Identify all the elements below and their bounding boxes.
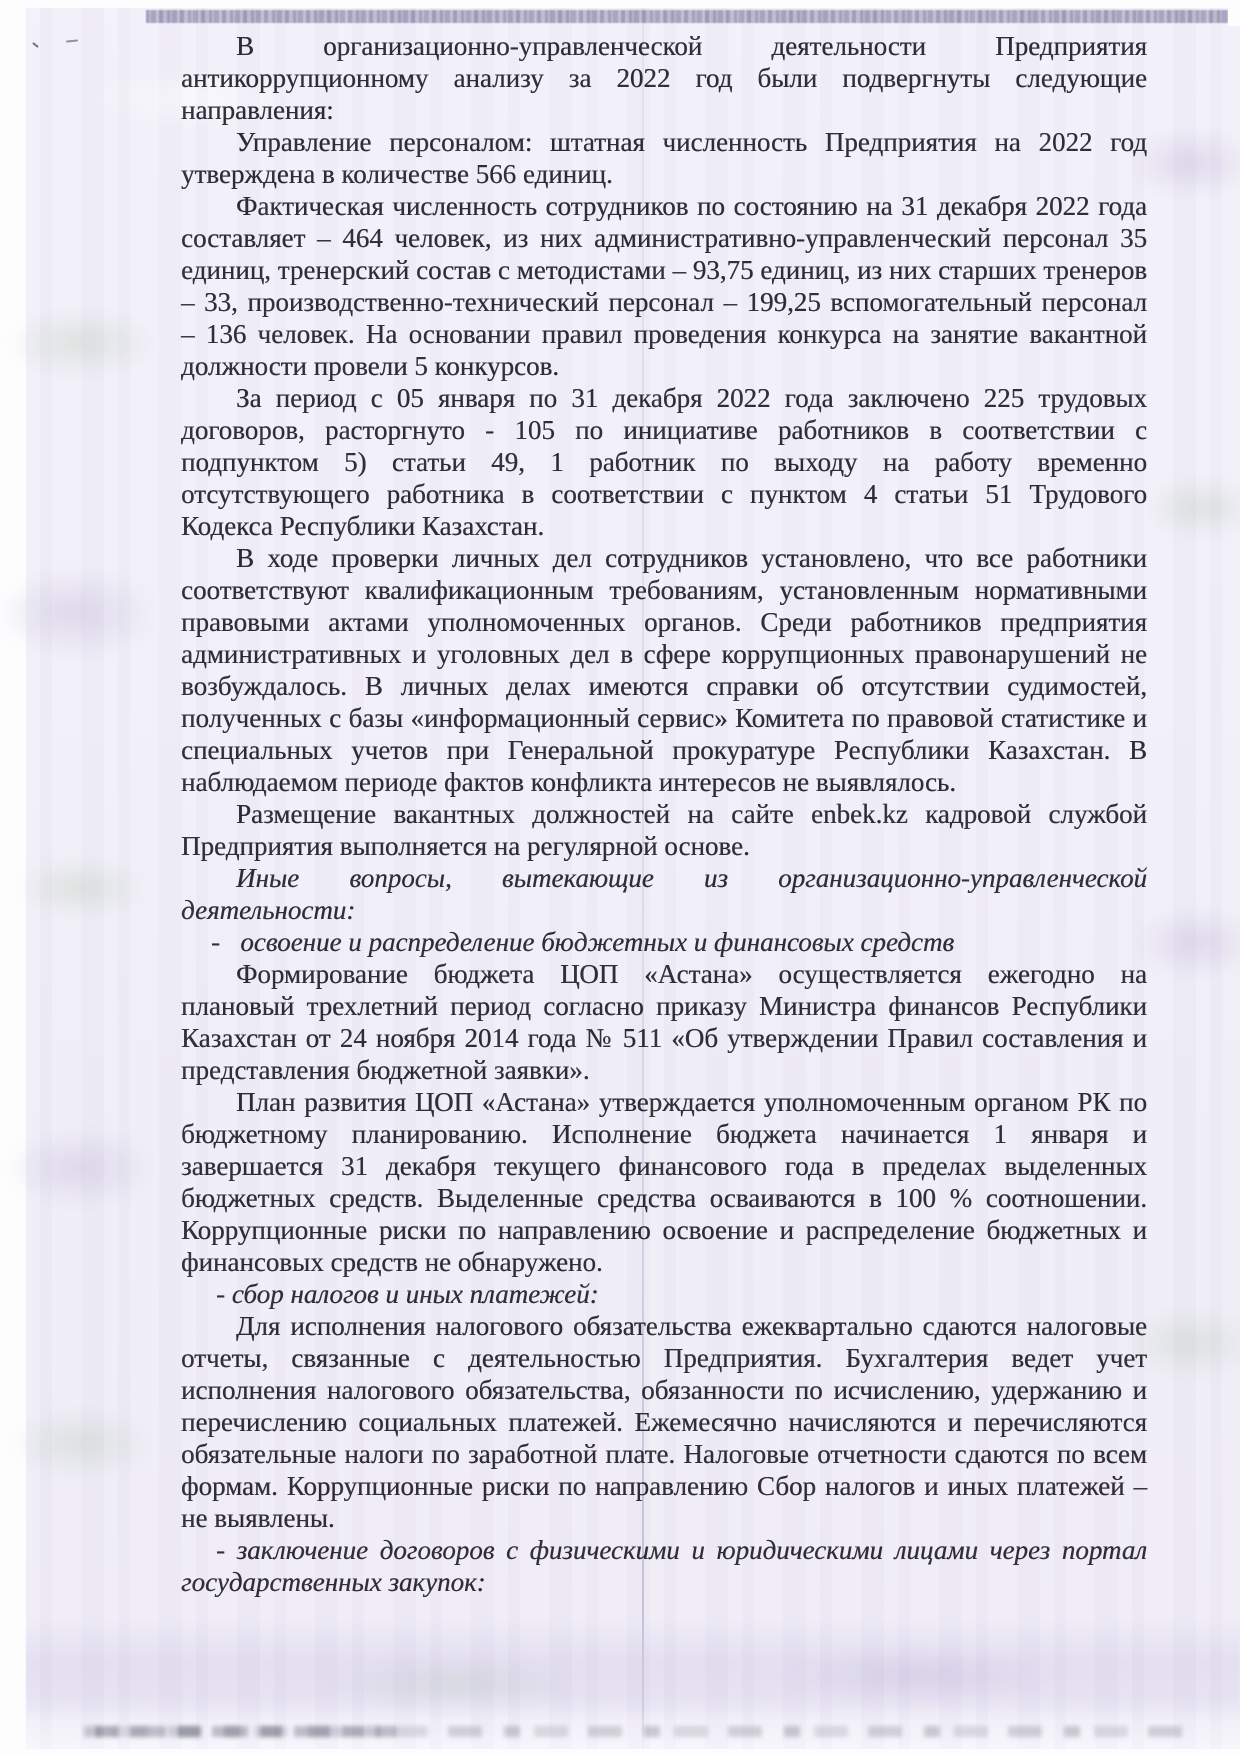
document-list-item: - освоение и распределение бюджетных и ф… (181, 926, 1147, 958)
scan-noise-top-band (146, 10, 1240, 23)
pen-mark (32, 42, 39, 48)
pen-mark (66, 39, 78, 42)
document-paragraph: Управление персоналом: штатная численнос… (181, 126, 1147, 190)
document-list-item: - сбор налогов и иных платежей: (181, 1278, 1147, 1310)
document-paragraph: Размещение вакантных должностей на сайте… (181, 798, 1147, 862)
scan-artifact (11, 1408, 151, 1478)
scan-artifact (1146, 478, 1240, 538)
scan-artifact (6, 1128, 156, 1208)
document-paragraph: Формирование бюджета ЦОП «Астана» осущес… (181, 958, 1147, 1086)
scan-corner-artifact (1228, 8, 1240, 26)
document-paragraph: В организационно-управленческой деятельн… (181, 30, 1147, 126)
document-list-item: - заключение договоров с физическими и ю… (181, 1534, 1147, 1598)
document-paragraph: План развития ЦОП «Астана» утверждается … (181, 1086, 1147, 1278)
scan-artifact (6, 308, 156, 378)
document-paragraph: В ходе проверки личных дел сотрудников у… (181, 542, 1147, 798)
document-paragraph: Фактическая численность сотрудников по с… (181, 190, 1147, 382)
scan-artifact (16, 858, 146, 918)
scanned-document-page: В организационно-управленческой деятельн… (26, 8, 1240, 1749)
scan-artifact (1136, 908, 1240, 978)
document-paragraph: Для исполнения налогового обязательства … (181, 1310, 1147, 1534)
document-paragraph: За период с 05 января по 31 декабря 2022… (181, 382, 1147, 542)
document-paragraph-heading: Иные вопросы, вытекающие из организацион… (181, 862, 1147, 926)
ghost-text-line (96, 1726, 396, 1737)
scan-noise-bottom-wash (26, 1620, 1240, 1720)
document-text: В организационно-управленческой деятельн… (181, 30, 1147, 1598)
scan-artifact (0, 568, 156, 658)
